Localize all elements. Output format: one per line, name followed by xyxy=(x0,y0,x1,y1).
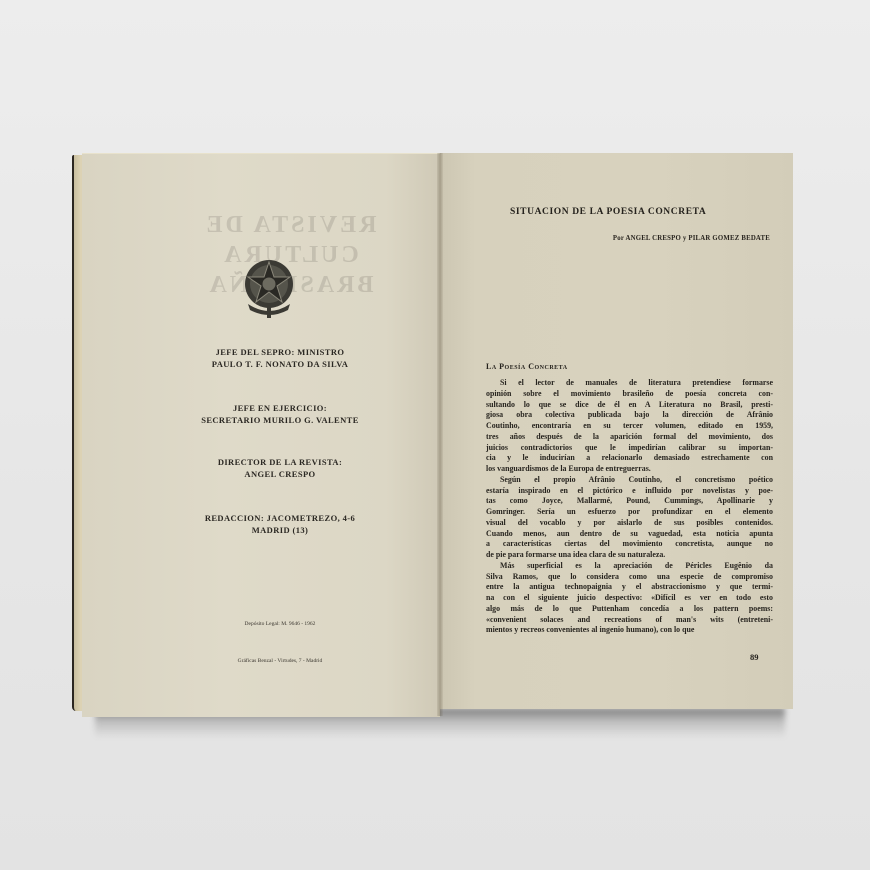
credit-block-director: DIRECTOR DE LA REVISTA: ANGEL CRESPO xyxy=(160,456,400,480)
text-line: Coutinho, encontraría en su tercer volum… xyxy=(486,421,773,432)
text-line: tas como Joyce, Mallarmé, Pound, Cumming… xyxy=(486,496,773,507)
text-line: Silva Ramos, que lo considera como una e… xyxy=(486,572,773,583)
text-line: «convenient solaces and recreations of m… xyxy=(486,615,773,626)
text-line: estaría inspirado en el pictórico e infl… xyxy=(486,486,773,497)
text-line: los vanguardismos de la Europa de entreg… xyxy=(486,464,773,475)
section-heading: La Poesía Concreta xyxy=(486,362,686,371)
book-gutter xyxy=(437,153,443,716)
text-line: a características ciertas del movimiento… xyxy=(486,539,773,550)
text-line: mientos y recreos convenientes al ingeni… xyxy=(486,625,773,636)
text-line: na con el siguiente juicio despectivo: «… xyxy=(486,593,773,604)
text-line: tres años después de la aparición formal… xyxy=(486,432,773,443)
credit-block-jefe-ejercicio: JEFE EN EJERCICIO: SECRETARIO MURILO G. … xyxy=(160,402,400,426)
page-number: 89 xyxy=(750,652,759,662)
text-line: Si el lector de manuales de literatura p… xyxy=(486,378,773,389)
text-line: sultando lo que se dice de él en A Liter… xyxy=(486,400,773,411)
credit-block-sepro: JEFE DEL SEPRO: MINISTRO PAULO T. F. NON… xyxy=(160,346,400,370)
text-line: giosa obra colectiva publicada bajo la d… xyxy=(486,410,773,421)
text-line: juicios contradictorios que le impediría… xyxy=(486,443,773,454)
credit-block-redaccion: REDACCION: JACOMETREZO, 4-6 MADRID (13) xyxy=(160,512,400,536)
article-body: Si el lector de manuales de literatura p… xyxy=(486,378,773,636)
text-line: de pie para formarse una idea clara de s… xyxy=(486,550,773,561)
text-line: Según el propio Afrânio Coutinho, el con… xyxy=(486,475,773,486)
legal-deposit: Depósito Legal: M. 9646 - 1962 xyxy=(160,621,400,627)
text-line: opinión sobre el movimiento brasileño de… xyxy=(486,389,773,400)
text-line: Más superficial es la apreciación de Pér… xyxy=(486,561,773,572)
article-authors: Por ANGEL CRESPO y PILAR GOMEZ BEDATE xyxy=(570,235,770,242)
text-line: cia y le inducirían a relacionarlo demas… xyxy=(486,453,773,464)
text-line: visual del vocablo y por aislarlo de sus… xyxy=(486,518,773,529)
brazil-coat-of-arms-icon xyxy=(240,256,298,320)
article-title: SITUACION DE LA POESIA CONCRETA xyxy=(510,207,770,217)
text-line: entre la antigua technopaignia y el abst… xyxy=(486,582,773,593)
open-book: REVISTA DE CULTURA BRASILEÑA JEFE DEL SE… xyxy=(0,0,870,870)
printer-imprint: Gráficas Benzal - Virtudes, 7 - Madrid xyxy=(160,658,400,664)
text-line: Cuando menos, aun dentro de su vaguedad,… xyxy=(486,529,773,540)
text-line: algo más de lo que Puttenham concedía a … xyxy=(486,604,773,615)
text-line: Gomringer. Sería un esfuerzo por profund… xyxy=(486,507,773,518)
